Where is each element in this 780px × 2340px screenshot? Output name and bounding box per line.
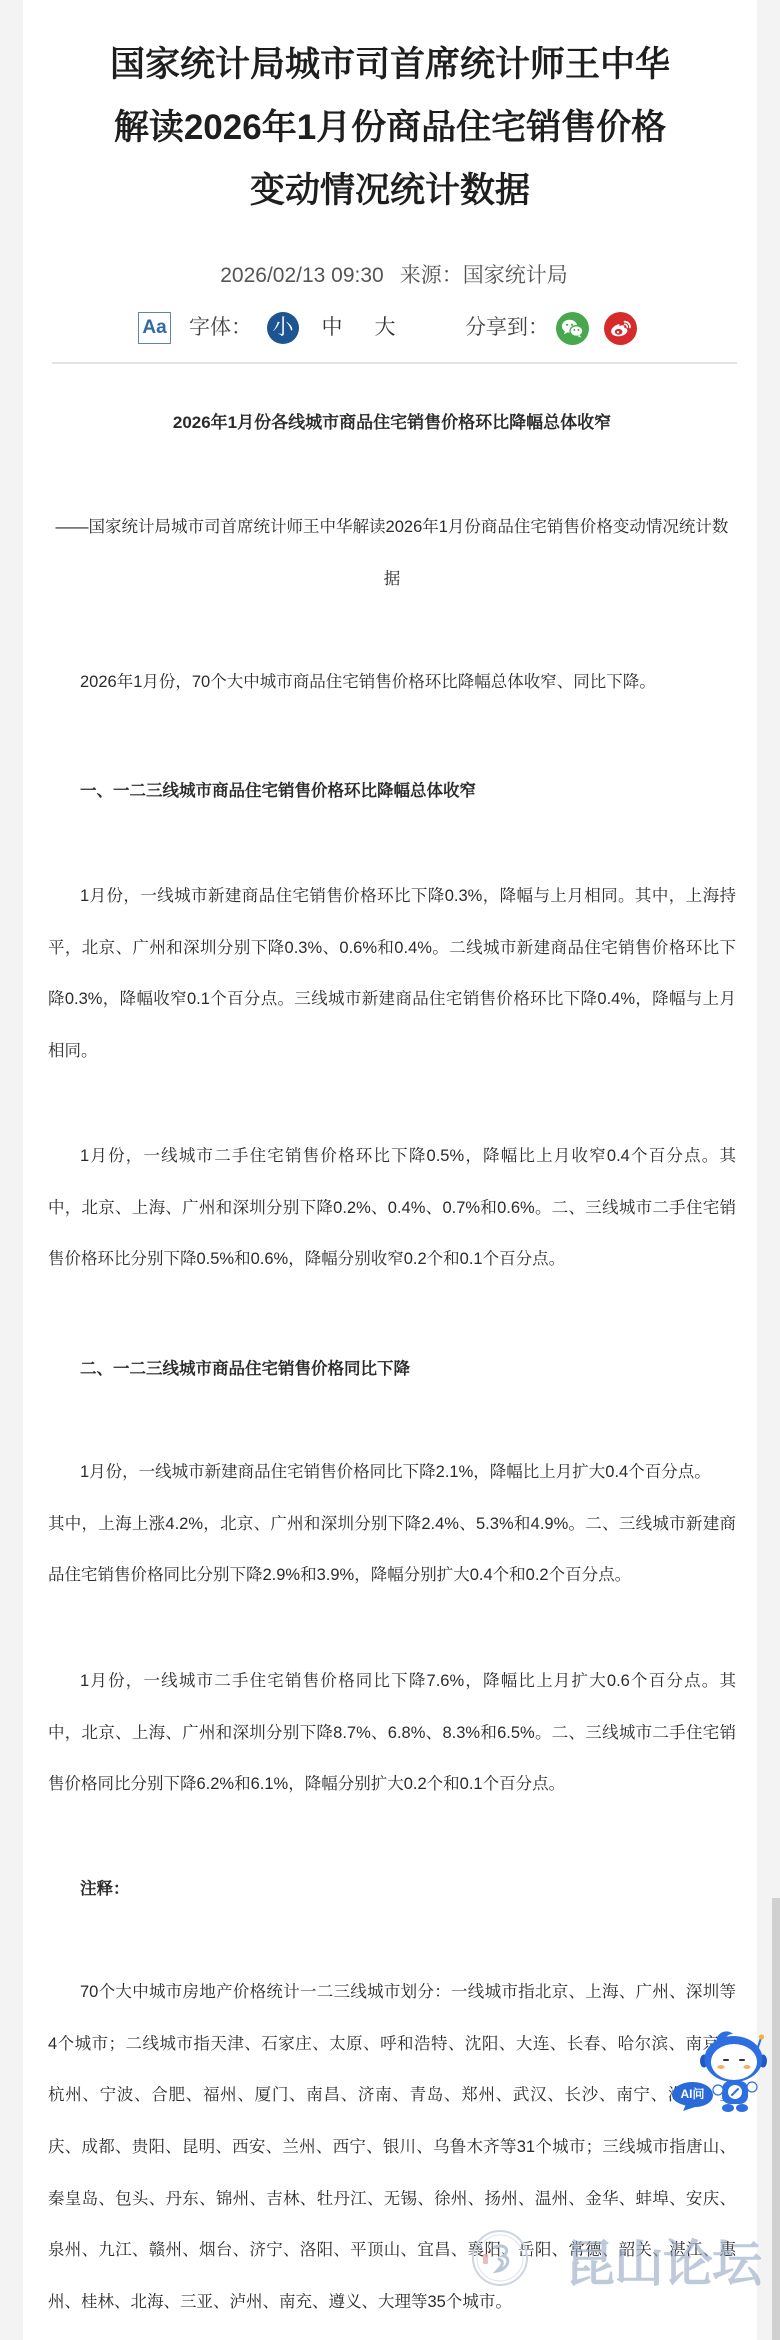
section-title-line: 一、一二三线城市商品住宅销售价格环比降幅总体收窄: [48, 766, 736, 818]
notes-label: 注释：: [48, 1864, 736, 1916]
scrollbar-thumb[interactable]: [772, 1898, 780, 2340]
intro-paragraph: 2026年1月份，70个大中城市商品住宅销售价格环比降幅总体收窄、同比下降。: [48, 657, 736, 709]
font-size-label: 字体：: [189, 311, 252, 345]
font-size-icon: Aa: [138, 312, 171, 344]
paragraph-line: 平，北京、广州和深圳分别下降0.3%、0.6%和0.4%。二线城市新建商品住宅销…: [48, 923, 736, 975]
share-label: 分享到：: [465, 311, 549, 345]
section-2-paragraph-1: 1月份，一线城市新建商品住宅销售价格同比下降2.1%，降幅比上月扩大0.4个百分…: [48, 1447, 736, 1602]
title-line: 解读2026年1月份商品住宅销售价格: [23, 96, 757, 159]
section-1-paragraph-2: 1月份，一线城市二手住宅销售价格环比下降0.5%，降幅比上月收窄0.4个百分点。…: [48, 1131, 736, 1286]
notes-label-text: 注释：: [48, 1864, 736, 1916]
section-title-1: 一、一二三线城市商品住宅销售价格环比降幅总体收窄: [48, 766, 736, 818]
paragraph-line: 1月份，一线城市新建商品住宅销售价格同比下降2.1%，降幅比上月扩大0.4个百分…: [48, 1447, 736, 1499]
weibo-icon[interactable]: [604, 312, 637, 345]
source-name: 国家统计局: [463, 264, 568, 287]
paragraph-line: 2026年1月份，70个大中城市商品住宅销售价格环比降幅总体收窄、同比下降。: [48, 657, 736, 709]
font-size-small-button[interactable]: 小: [267, 312, 299, 344]
paragraph-line: 杭州、宁波、合肥、福州、厦门、南昌、济南、青岛、郑州、武汉、长沙、南宁、海口、重: [48, 2070, 736, 2122]
section-1-paragraph-1: 1月份，一线城市新建商品住宅销售价格环比下降0.3%，降幅与上月相同。其中，上海…: [48, 871, 736, 1078]
subtitle-line: ——国家统计局城市司首席统计师王中华解读2026年1月份商品住宅销售价格变动情况…: [48, 502, 736, 554]
ai-ask-label: AI问: [671, 2085, 714, 2103]
paragraph-line: 庆、成都、贵阳、昆明、西安、兰州、西宁、银川、乌鲁木齐等31个城市；三线城市指唐…: [48, 2122, 736, 2174]
title-line: 国家统计局城市司首席统计师王中华: [23, 33, 757, 96]
paragraph-line: 相同。: [48, 1026, 736, 1078]
paragraph-line: 售价格同比分别下降6.2%和6.1%，降幅分别扩大0.2个和0.1个百分点。: [48, 1759, 736, 1811]
paragraph-line: 降0.3%，降幅收窄0.1个百分点。三线城市新建商品住宅销售价格环比下降0.4%…: [48, 974, 736, 1026]
header-divider: [52, 362, 737, 364]
heading-line: 2026年1月份各线城市商品住宅销售价格环比降幅总体收窄: [48, 397, 736, 449]
article-subtitle: ——国家统计局城市司首席统计师王中华解读2026年1月份商品住宅销售价格变动情况…: [48, 502, 736, 605]
paragraph-line: 70个大中城市房地产价格统计一二三线城市划分：一线城市指北京、上海、广州、深圳等: [48, 1967, 736, 2019]
source-label: 来源：: [400, 264, 463, 287]
watermark-logo-icon: [471, 2229, 529, 2287]
subtitle-line: 据: [48, 554, 736, 606]
page-title: 国家统计局城市司首席统计师王中华 解读2026年1月份商品住宅销售价格 变动情况…: [23, 33, 757, 222]
paragraph-line: 4个城市；二线城市指天津、石家庄、太原、呼和浩特、沈阳、大连、长春、哈尔滨、南京…: [48, 2019, 736, 2071]
paragraph-line: 其中，上海上涨4.2%，北京、广州和深圳分别下降2.4%、5.3%和4.9%。二…: [48, 1499, 736, 1551]
article-meta: 2026/02/13 09:30来源：国家统计局: [27, 261, 761, 291]
paragraph-line: 品住宅销售价格同比分别下降2.9%和3.9%，降幅分别扩大0.4个和0.2个百分…: [48, 1550, 736, 1602]
paragraph-line: 中，北京、上海、广州和深圳分别下降8.7%、6.8%、8.3%和6.5%。二、三…: [48, 1708, 736, 1760]
wechat-icon[interactable]: [556, 312, 589, 345]
font-size-large-button[interactable]: 大: [369, 312, 401, 344]
section-2-paragraph-2: 1月份，一线城市二手住宅销售价格同比下降7.6%，降幅比上月扩大0.6个百分点。…: [48, 1656, 736, 1811]
font-size-medium-button[interactable]: 中: [316, 312, 348, 344]
article-heading: 2026年1月份各线城市商品住宅销售价格环比降幅总体收窄: [48, 397, 736, 449]
section-title-line: 二、一二三线城市商品住宅销售价格同比下降: [48, 1344, 736, 1396]
paragraph-line: 中，北京、上海、广州和深圳分别下降0.2%、0.4%、0.7%和0.6%。二、三…: [48, 1183, 736, 1235]
section-title-2: 二、一二三线城市商品住宅销售价格同比下降: [48, 1344, 736, 1396]
paragraph-line: 售价格环比分别下降0.5%和0.6%，降幅分别收窄0.2个和0.1个百分点。: [48, 1234, 736, 1286]
title-line: 变动情况统计数据: [23, 159, 757, 222]
paragraph-line: 1月份，一线城市二手住宅销售价格环比下降0.5%，降幅比上月收窄0.4个百分点。…: [48, 1131, 736, 1183]
ai-ask-button[interactable]: AI问: [671, 2081, 714, 2112]
paragraph-line: 1月份，一线城市二手住宅销售价格同比下降7.6%，降幅比上月扩大0.6个百分点。…: [48, 1656, 736, 1708]
publish-date: 2026/02/13 09:30: [220, 264, 384, 287]
paragraph-line: 1月份，一线城市新建商品住宅销售价格环比下降0.3%，降幅与上月相同。其中，上海…: [48, 871, 736, 923]
paragraph-line: 秦皇岛、包头、丹东、锦州、吉林、牡丹江、无锡、徐州、扬州、温州、金华、蚌埠、安庆…: [48, 2174, 736, 2226]
watermark: 昆山论坛: [565, 2236, 761, 2292]
